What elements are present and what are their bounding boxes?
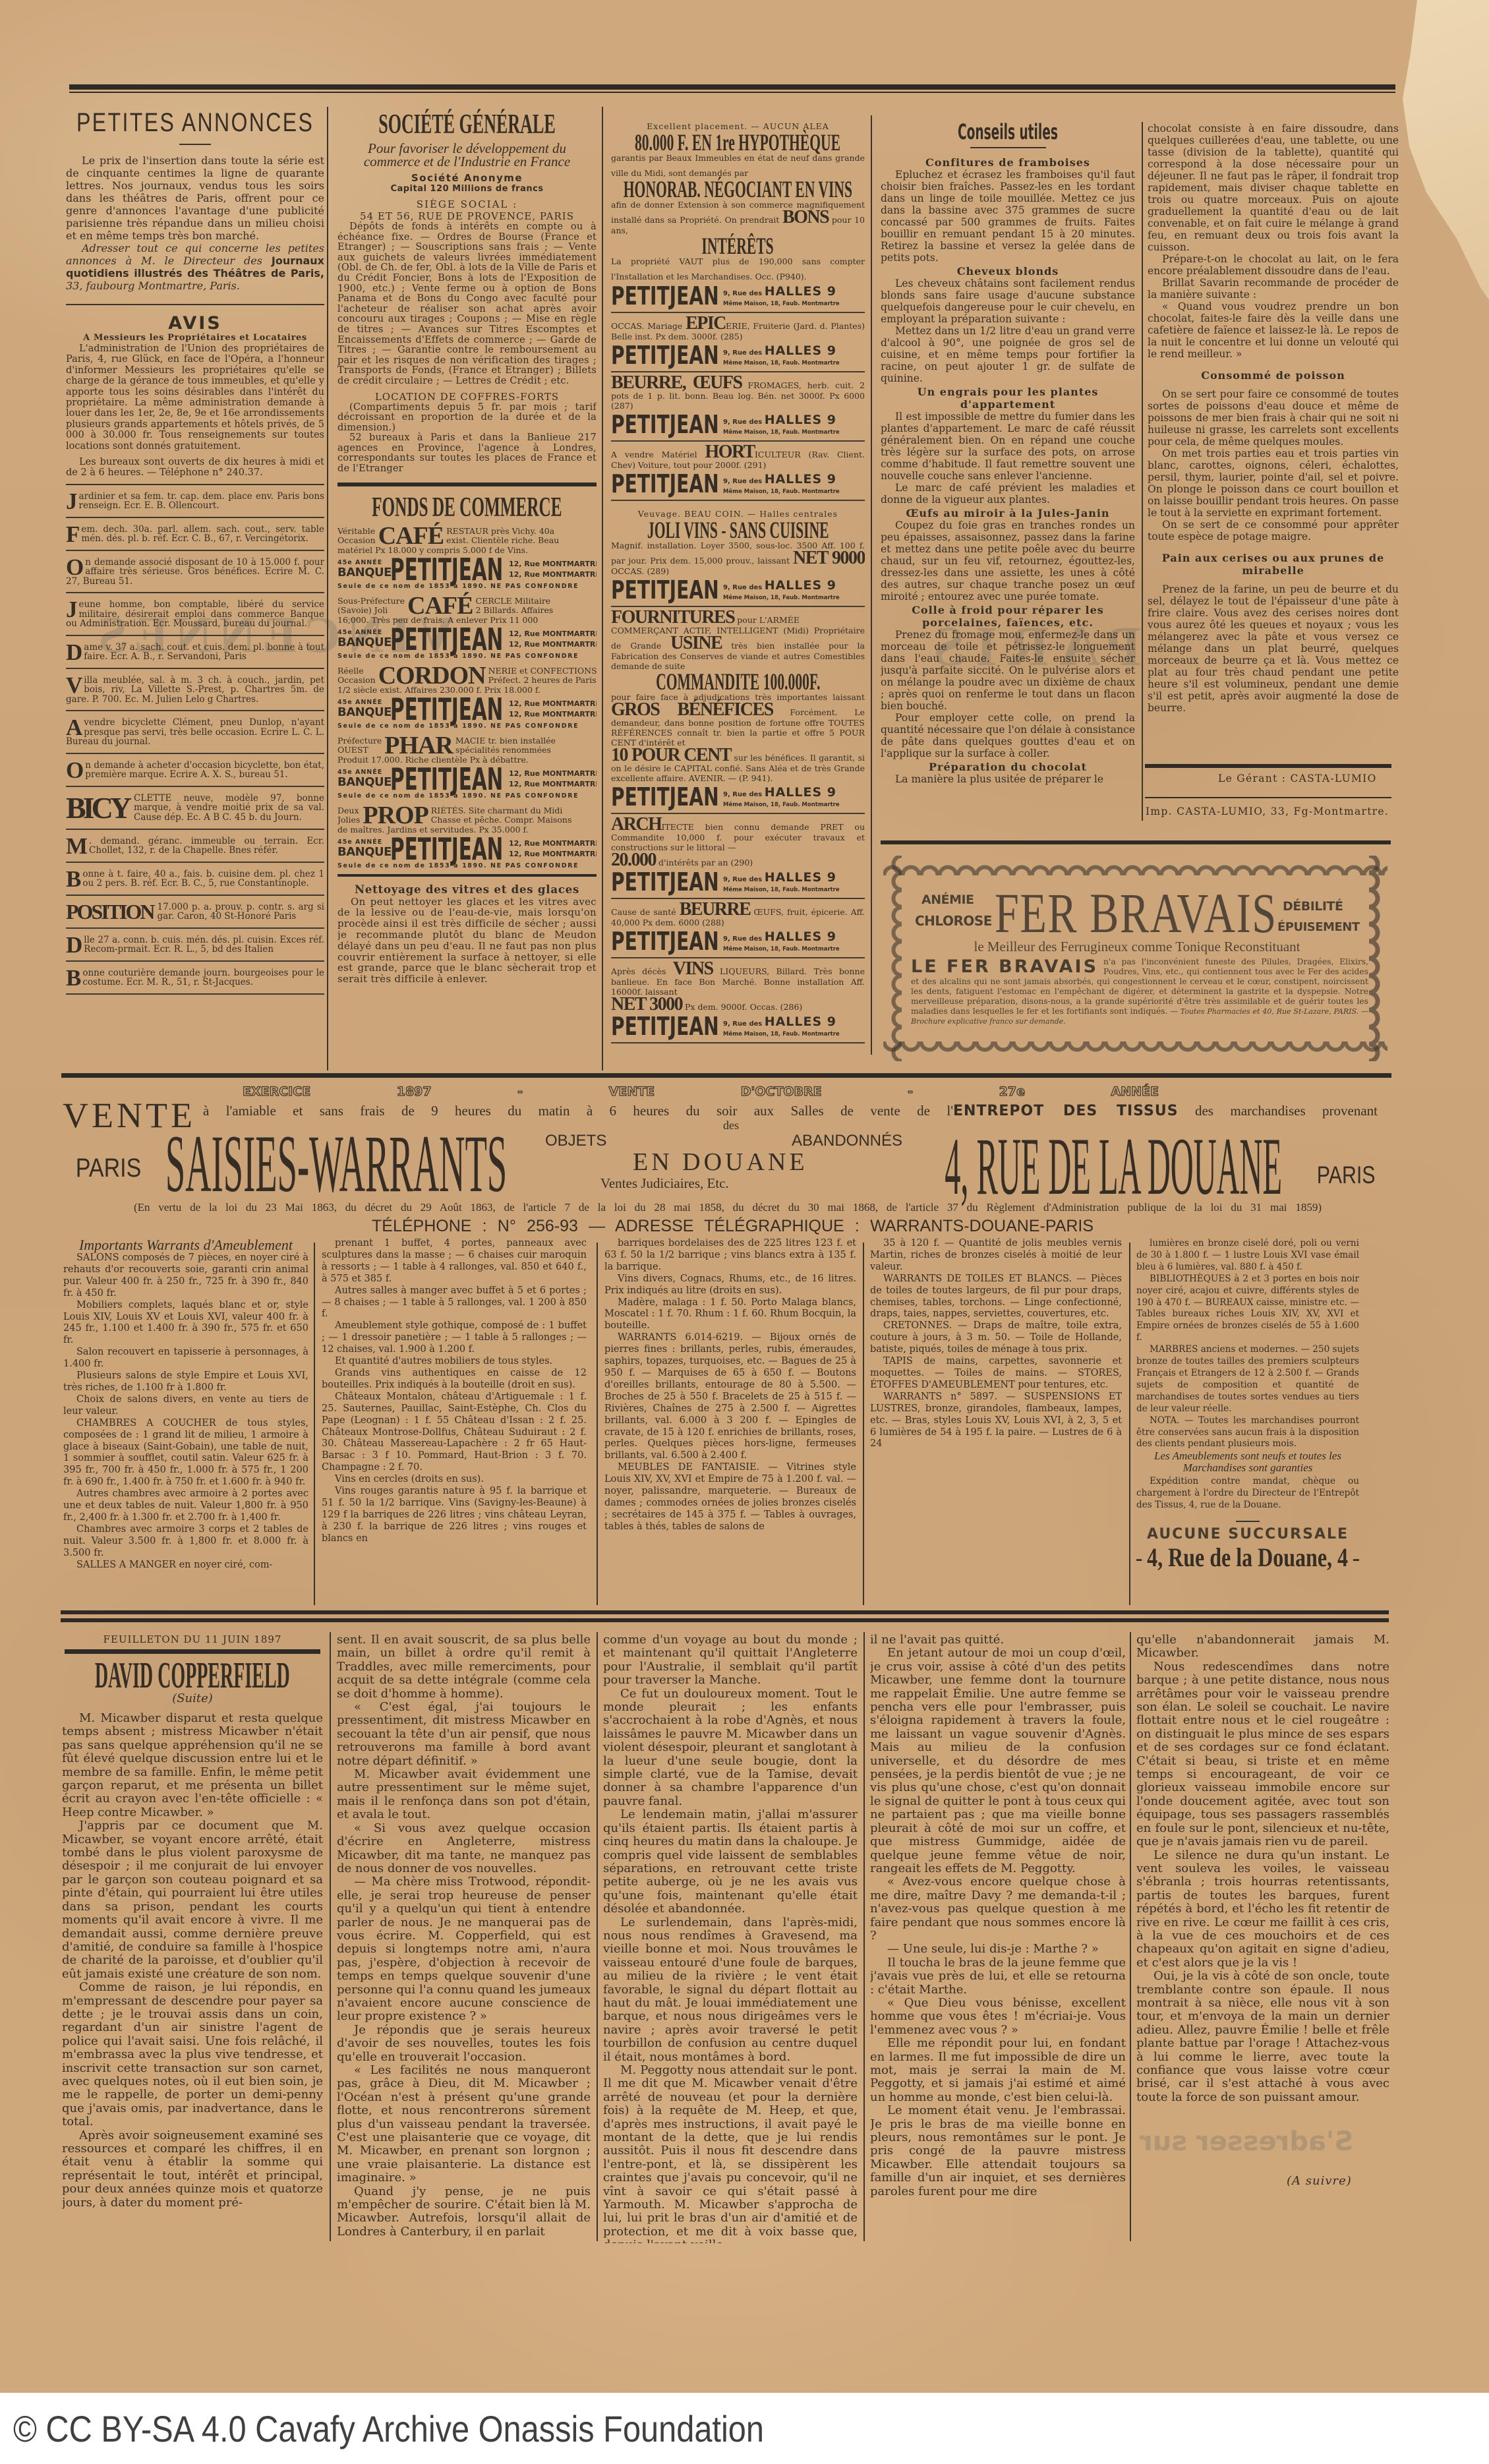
novel-paragraph: Nous redescendîmes dans notre barque ; à…: [1136, 1660, 1389, 1849]
petitjean-bank-banner: 45e ANNÉEBANQUE PETITJEAN 12, Rue MONTMA…: [337, 696, 597, 722]
column-divider: [597, 1243, 598, 1605]
placement-ad: Excellent placement. — AUCUN ALEA 80.000…: [611, 113, 865, 313]
petitjean-halles-banner: PETITJEAN 9, Rue des HALLES 9 Même Maiso…: [611, 284, 865, 308]
classified-ad: Dame v. 37 a. sach. cout. et cuis. dem. …: [66, 636, 324, 669]
ad-keyword: NET 9000: [793, 548, 865, 568]
ad-keyword: HORT: [705, 442, 755, 462]
novel-paragraph: « C'est égal, j'ai toujours le pressenti…: [337, 1701, 591, 1768]
to-be-continued: (A suivre): [1287, 2174, 1352, 2188]
placement-ad: BEURRE, ŒUFS FROMAGES, herb. cuit. 2 pot…: [611, 372, 865, 442]
agency-name: PETITJEAN: [611, 786, 719, 808]
drop-cap: O: [66, 761, 83, 780]
warrant-item: Grands vins authentiques en caisse de 12…: [322, 1368, 587, 1392]
column-divider: [330, 1632, 331, 2241]
novel-paragraph: Quand j'y pense, je ne puis m'empêcher d…: [337, 2185, 591, 2239]
classified-ad: BICYCLETTE neuve, modèle 97, bonne marqu…: [66, 787, 324, 830]
avis-subtitle: A Messieurs les Propriétaires et Locatai…: [66, 333, 324, 343]
tip-heading: Un engrais pour les plantes d'appartemen…: [881, 386, 1135, 411]
classified-ad-text: illa meublée, sal. à m. 3 ch. à couch., …: [66, 675, 324, 705]
classified-ad: Jeune homme, bon comptable, libéré du se…: [66, 593, 324, 636]
column-divider: [863, 1632, 865, 2241]
classified-ad: Fem. dech. 30a. parl. allem. sach. cout.…: [66, 518, 324, 551]
novel-paragraph: J'appris par ce document que M. Micawber…: [62, 1819, 323, 1981]
drop-cap: V: [66, 676, 82, 695]
petitjean-halles-banner: PETITJEAN 9, Rue des HALLES 9 Même Maiso…: [611, 929, 865, 953]
tip-paragraph: Epluchez et écrasez les framboises qu'il…: [881, 169, 1135, 264]
warrant-item: 35 à 120 f. — Quantité de jolis meubles …: [870, 1238, 1122, 1274]
classified-ad: M. demand. géranc. immeuble ou terrain. …: [66, 830, 324, 863]
warrants-column-3: barriques bordelaises des de 225 litres …: [604, 1238, 856, 1608]
novel-paragraph: Elle me répondit pour lui, en fondant en…: [870, 2037, 1126, 2104]
petitjean-halles-banner: PETITJEAN 9, Rue des HALLES 9 Même Maiso…: [611, 413, 865, 436]
archive-credit: © CC BY-SA 4.0 Cavafy Archive Onassis Fo…: [13, 2406, 764, 2452]
tips-list: Confitures de framboises Epluchez et écr…: [881, 156, 1135, 785]
warrant-item: prenant 1 buffet, 4 portes, panneaux ave…: [322, 1238, 587, 1285]
paris-label-right: PARIS: [1305, 1162, 1387, 1188]
guarantee-notice: Les Ameublements sont neufs et toutes le…: [1136, 1450, 1359, 1473]
ailment-label: DÉBILITÉ: [1283, 899, 1343, 914]
recipe-paragraph: Prenez de la farine, un peu de beurre et…: [1148, 583, 1399, 714]
classified-ad-text: onne couturière demande journ. bourgeois…: [82, 968, 324, 988]
petitjean-bank-banner: 45e ANNÉEBANQUE PETITJEAN 12, Rue MONTMA…: [337, 556, 597, 583]
classified-ad-text: onne à t. faire, 40 a., fais. b. cuisine…: [82, 869, 324, 889]
warrant-item: WARRANTS n° 5897. — SUSPENSIONS ET LUSTR…: [870, 1392, 1122, 1451]
placement-ad: Veuvage. BEAU COIN. — Halles centrales J…: [611, 501, 865, 607]
agency-name: PETITJEAN: [390, 836, 503, 862]
fonds-de-commerce-title: FONDS DE COMMERCE: [337, 494, 597, 521]
safe-rental-title: LOCATION DE COFFRES-FORTS: [337, 391, 597, 403]
ad-keyword: GROS BÉNÉFICES: [611, 699, 773, 720]
classified-ad-text: em. dech. 30a. parl. allem. sach. cout.,…: [81, 524, 324, 544]
recipe-paragraph: « Quand vous voudrez prendre un bon choc…: [1148, 301, 1399, 360]
warrant-item: Châteaux Montalon, château d'Artiguemale…: [322, 1392, 587, 1474]
classified-ad-text: eune homme, bon comptable, libéré du ser…: [66, 599, 324, 629]
tip-paragraph: Les cheveux châtains sont facilement ren…: [881, 278, 1135, 325]
warrant-item: Ameublement style gothique, composé de :…: [322, 1320, 587, 1356]
recipe-paragraph: On met trois parties eau et trois partie…: [1148, 448, 1399, 519]
drop-cap: J: [66, 492, 77, 511]
address-notice: Adresser tout ce qui concerne les petite…: [66, 242, 324, 292]
tip-section: Confitures de framboises Epluchez et écr…: [881, 156, 1135, 264]
tip-heading: Colle à froid pour réparer les porcelain…: [881, 604, 1135, 629]
column-divider: [597, 1632, 598, 2241]
recipe-paragraph: chocolat consiste à en faire dissoudre, …: [1148, 123, 1399, 253]
novel-paragraph: M. Micawber avait évidemment une autre p…: [337, 1768, 591, 1822]
ailment-label: ÉPUISEMENT: [1277, 920, 1360, 935]
warrants-column-2: prenant 1 buffet, 4 portes, panneaux ave…: [322, 1238, 587, 1608]
store-address: — 4, Rue de la Douane, 4 —: [1136, 1546, 1359, 1569]
drop-cap: B: [66, 869, 80, 889]
warrant-item: MARBRES anciens et modernes. — 250 sujet…: [1136, 1344, 1359, 1415]
tip-section: Colle à froid pour réparer les porcelain…: [881, 604, 1135, 759]
recipe-paragraph: On se sert de ce consommé pour apprêter …: [1148, 519, 1399, 543]
head-office-address: 54 ET 56, RUE DE PROVENCE, PARIS: [337, 210, 597, 222]
feuilleton-rule: [61, 1618, 1389, 1622]
bank-services: Dépôts de fonds à intérêts en compte ou …: [337, 222, 597, 387]
warrant-item: Autres chambres avec armoire à 2 portes …: [63, 1488, 308, 1524]
ad-top-rule: [881, 840, 1391, 844]
ad-keyword: CAFÉ: [407, 596, 473, 616]
agency-name: PETITJEAN: [611, 344, 719, 367]
recipe-heading: Pain aux cerises ou aux prunes de mirabe…: [1148, 552, 1399, 577]
ad-keyword: FOURNITURES: [611, 607, 734, 628]
masthead-rule-thin: [69, 92, 1395, 93]
petitjean-bank-banner: 45e ANNÉEBANQUE PETITJEAN 12, Rue MONTMA…: [337, 836, 597, 862]
business-ads-list: VéritableOccasion CAFÉ RESTAUR près Vich…: [337, 526, 597, 870]
warrant-item: Vins rouges garantis nature à 95 f. la b…: [322, 1486, 587, 1545]
classified-ad: Villa meublée, sal. à m. 3 ch. à couch.,…: [66, 669, 324, 712]
section-rule: [337, 483, 597, 486]
warrant-item: CHAMBRES A COUCHER de tous styles, compo…: [63, 1418, 308, 1488]
novel-title: DAVID COPPERFIELD: [62, 1659, 323, 1692]
classified-ad: On demande à acheter d'occasion bicyclet…: [66, 754, 324, 787]
tip-paragraph: Mettez dans un 1/2 litre d'eau un grand …: [881, 325, 1135, 384]
warrant-item: WARRANTS 6.014-6219. — Bijoux ornés de p…: [604, 1332, 856, 1462]
ad-keyword: 10 POUR CENT: [611, 745, 731, 765]
head-office-label: SIÈGE SOCIAL :: [337, 198, 597, 210]
ad-keyword: JOLI VINS - SANS CUISINE: [647, 522, 829, 538]
agency-name: PETITJEAN: [611, 473, 719, 495]
warrants-heading: Importants Warrants d'Ameublement: [63, 1238, 308, 1252]
recipe-paragraph: Brillat Savarin recommande de procéder d…: [1148, 277, 1399, 301]
ad-keyword: PROP: [363, 806, 428, 825]
warrant-item: Salon recouvert en tapisserie à personna…: [63, 1347, 308, 1370]
warrant-item: Et quantité d'autres mobiliers de tous s…: [322, 1356, 587, 1368]
paris-label-left: PARIS: [66, 1155, 152, 1181]
business-ad: Sous-Préfecture(Savoie) Joli CAFÉ CERCLE…: [337, 596, 597, 660]
placement-ad: Cause de santé BEURRE ŒUFS, fruit, épice…: [611, 899, 865, 958]
classified-ad-text: lle 27 a. conn. b. cuis. mén. dés. pl. c…: [84, 935, 324, 955]
novel-paragraph: Le lendemain matin, j'allai m'assurer qu…: [603, 1808, 858, 1916]
ad-keyword: COMMANDITE 100.000F.: [656, 674, 820, 689]
tip-section: Œufs au miroir à la Jules-Janin Coupez d…: [881, 507, 1135, 602]
classified-ad-text: ardinier et sa fem. tr. cap. dem. place …: [79, 491, 325, 512]
warrants-column-5: lumières en bronze ciselé doré, poli ou …: [1136, 1238, 1359, 1608]
warrant-item: Plusieurs salons de style Empire et Loui…: [63, 1370, 308, 1394]
warrant-item: NOTA. — Toutes les marchandises pourront…: [1136, 1415, 1359, 1451]
classified-ad: Bonne à t. faire, 40 a., fais. b. cuisin…: [66, 863, 324, 896]
warrants-column-1: Importants Warrants d'Ameublement SALONS…: [63, 1238, 308, 1608]
classified-ad-text: n demande associé disposant de 10 à 15.0…: [66, 557, 324, 587]
warrant-item: Madère, malaga : 1 f. 50. Porto Malaga b…: [604, 1297, 856, 1333]
warrant-item: Vins divers, Cognacs, Rhums, etc., de 16…: [604, 1274, 856, 1297]
fer-bravais-tagline: le Meilleur des Ferrugineux comme Toniqu…: [910, 939, 1364, 954]
agency-name: PETITJEAN: [611, 579, 719, 601]
ad-keyword: BEURRE, ŒUFS: [611, 372, 742, 393]
classified-ad-text: vendre bicyclette Clément, pneu Dunlop, …: [66, 717, 324, 747]
tip-paragraph: Le marc de café prévient les maladies et…: [881, 482, 1135, 506]
novel-paragraph: Ce fut un douloureux moment. Tout le mon…: [603, 1687, 858, 1809]
classified-ad: On demande associé disposant de 10 à 15.…: [66, 551, 324, 594]
column-divider: [314, 1243, 315, 1605]
business-ad: DeuxJolies PROP RIÉTÉS. Site charmant du…: [337, 806, 597, 870]
recipe-section: chocolat consiste à en faire dissoudre, …: [1148, 123, 1399, 360]
sale-terms-line: à l'amiable et sans frais de 9 heures du…: [203, 1103, 1378, 1119]
agency-name: PETITJEAN: [390, 626, 503, 653]
drop-cap: A: [66, 718, 82, 737]
ad-keyword: INTÉRÊTS: [702, 238, 774, 254]
ornamental-border: [883, 856, 1387, 875]
branch-offices: 52 bureaux à Paris et dans la Banlieue 2…: [337, 433, 597, 474]
company-capital: Capital 120 Millions de francs: [337, 184, 597, 194]
placement-ad: Après décès VINS LIQUEURS, Billard. Très…: [611, 958, 865, 1043]
agency-name: PETITJEAN: [611, 930, 719, 953]
warrant-item: Choix de salons divers, en vente au tier…: [63, 1394, 308, 1418]
drop-cap: F: [66, 525, 79, 544]
avis-hours: Les bureaux sont ouverts de dix heures à…: [66, 457, 324, 479]
petitjean-bank-banner: 45e ANNÉEBANQUE PETITJEAN 12, Rue MONTMA…: [337, 766, 597, 792]
column-divider: [1129, 1243, 1130, 1605]
feuilleton-column-5: qu'elle n'abandonnerait jamais M. Micawb…: [1136, 1633, 1389, 2134]
petitjean-halles-banner: PETITJEAN 9, Rue des HALLES 9 Même Maiso…: [611, 343, 865, 367]
petitjean-halles-banner: PETITJEAN 9, Rue des HALLES 9 Même Maiso…: [611, 472, 865, 496]
warrants-column-4: 35 à 120 f. — Quantité de jolis meubles …: [870, 1238, 1122, 1608]
recipes-list: chocolat consiste à en faire dissoudre, …: [1148, 123, 1399, 714]
agency-name: PETITJEAN: [611, 285, 719, 307]
business-ad: VéritableOccasion CAFÉ RESTAUR près Vich…: [337, 526, 597, 591]
classified-ad-text: ame v. 37 a. sach. cout. et cuis. dem. p…: [84, 642, 324, 662]
classified-ad-text: n demande à acheter d'occasion bicyclett…: [85, 760, 324, 780]
manager-imprint: Le Gérant : CASTA-LUMIO: [1218, 773, 1377, 784]
petites-annonces-column: PETITES ANNONCES Le prix de l'insertion …: [66, 105, 324, 1073]
tip-heading: Cheveux blonds: [881, 265, 1135, 278]
safe-rental-text: (Compartiments depuis 5 fr. par mois ; t…: [337, 403, 597, 434]
column-divider: [1130, 1632, 1131, 2241]
drop-cap: O: [66, 558, 83, 577]
ad-keyword: CAFÉ: [378, 526, 444, 546]
tip-heading: Œufs au miroir à la Jules-Janin: [881, 507, 1135, 519]
warrant-item: SALLES A MANGER en noyer ciré, com-: [63, 1560, 308, 1571]
novel-paragraph: Oui, je la vis à côté de son oncle, tout…: [1136, 1970, 1389, 2104]
societe-generale-column: SOCIÉTÉ GÉNÉRALE Pour favoriser le dével…: [337, 109, 597, 1072]
agency-name: PETITJEAN: [390, 696, 503, 722]
novel-paragraph: comme d'un voyage au bout du monde ; et …: [603, 1633, 858, 1687]
drop-cap: POSITION: [66, 902, 153, 922]
ad-keyword: USINE: [670, 633, 722, 653]
feuilleton-column-4: il ne l'avait pas quitté.En jetant autou…: [870, 1633, 1126, 2243]
objets-abandonnes: OBJETS ABANDONNÉS: [545, 1132, 902, 1150]
section-rule: [61, 1610, 1389, 1614]
tip-paragraph: Coupez du foie gras en tranches rondes u…: [881, 519, 1135, 602]
printer-imprint: Imp. CASTA-LUMIO, 33, Fg-Montmartre.: [1146, 806, 1389, 817]
drop-cap: D: [66, 643, 82, 662]
warrant-item: CRETONNES. — Draps de maître, toile extr…: [870, 1320, 1122, 1356]
classified-ad: Dlle 27 a. conn. b. cuis. mén. dés. pl. …: [66, 929, 324, 962]
column-divider: [327, 107, 328, 1071]
placements-column: Excellent placement. — AUCUN ALEA 80.000…: [611, 113, 865, 1074]
warrant-item: BIBLIOTHÈQUES à 2 et 3 portes en bois no…: [1136, 1274, 1359, 1344]
avis-title: AVIS: [66, 314, 324, 333]
classified-ad: POSITION 17.000 p. a. prouv. p. contr. s…: [66, 896, 324, 929]
novel-paragraph: Je répondis que je serais heureux d'avoi…: [337, 2024, 591, 2064]
feuilleton-column-3: comme d'un voyage au bout du monde ; et …: [603, 1633, 858, 2243]
tip-paragraph: Pour employer cette colle, on prend la q…: [881, 712, 1135, 759]
tip-section: Préparation du chocolat La manière la pl…: [881, 761, 1135, 785]
novel-paragraph: Comme de raison, je lui répondis, en m'e…: [62, 1981, 323, 2128]
petites-annonces-title: PETITES ANNONCES: [66, 108, 324, 137]
petitjean-bank-banner: 45e ANNÉEBANQUE PETITJEAN 12, Rue MONTMA…: [337, 626, 597, 653]
petitjean-halles-banner: PETITJEAN 9, Rue des HALLES 9 Même Maiso…: [611, 870, 865, 894]
warrant-item: WARRANTS DE TOILES ET BLANCS. — Pièces d…: [870, 1274, 1122, 1321]
column-divider: [1142, 122, 1143, 821]
ornamental-border: [883, 856, 902, 1061]
legal-basis-line: (En vertu de la loi du 23 Mai 1863, du d…: [134, 1202, 1322, 1214]
business-ad: PréfectureOUEST PHAR MACIE tr. bien inst…: [337, 736, 597, 800]
ailment-label: ANÉMIE: [921, 893, 974, 907]
no-branch-notice: AUCUNE SUCCURSALE: [1136, 1526, 1359, 1543]
ailment-label: CHLOROSE: [915, 914, 992, 928]
ornamental-border: [1369, 856, 1387, 1061]
placement-ads-list: Excellent placement. — AUCUN ALEA 80.000…: [611, 113, 865, 1043]
tip-section: Un engrais pour les plantes d'appartemen…: [881, 386, 1135, 506]
placement-ad: A vendre Matériel HORTICULTEUR (Rav. Cli…: [611, 442, 865, 501]
tip-paragraph: Il est impossible de mettre du fumier da…: [881, 411, 1135, 482]
novel-paragraph: M. Micawber disparut et resta quelque te…: [62, 1712, 323, 1819]
imprint-rule-thin: [1145, 797, 1391, 798]
ad-keyword: BEURRE: [680, 899, 751, 920]
agency-name: PETITJEAN: [611, 413, 719, 436]
novel-paragraph: « Si vous avez quelque occasion d'écrire…: [337, 1822, 591, 1876]
nettoyage-title: Nettoyage des vitres et des glaces: [337, 883, 597, 896]
novel-paragraph: Le silence ne dura qu'un instant. Le ven…: [1136, 1849, 1389, 1970]
warrant-item: Mobiliers complets, laqués blanc et or, …: [63, 1300, 308, 1347]
novel-paragraph: Après avoir soigneusement examiné ses re…: [62, 2129, 323, 2210]
novel-paragraph: M. Peggotty nous attendait sur le pont. …: [603, 2064, 858, 2243]
recipe-paragraph: On se sert pour faire ce consommé de tou…: [1148, 388, 1399, 448]
recipe-section: Pain aux cerises ou aux prunes de mirabe…: [1148, 552, 1399, 714]
drop-cap: J: [66, 600, 77, 619]
business-ad: RéelleOccasion CORDON NERIE et CONFECTIO…: [337, 666, 597, 730]
recipe-paragraph: Prépare-t-on le chocolat au lait, on le …: [1148, 253, 1399, 277]
section-rule: [61, 1073, 1391, 1078]
avis-text: L'administration de l'Union des propriét…: [66, 343, 324, 452]
conseils-utiles-title: Conseils utiles: [881, 121, 1135, 143]
feuilleton-column-1: FEUILLETON DU 11 JUIN 1897 DAVID COPPERF…: [62, 1633, 323, 2243]
warrant-item: Vins en cercles (droits en sus).: [322, 1474, 587, 1486]
classified-ad: Jardinier et sa fem. tr. cap. dem. place…: [66, 485, 324, 518]
section-rule: [337, 874, 597, 877]
feuilleton-column-2: sent. Il en avait souscrit, de sa plus b…: [337, 1633, 591, 2243]
drop-cap: B: [66, 968, 80, 987]
classified-ad: Bonne couturière demande journ. bourgeoi…: [66, 962, 324, 995]
title-underline: [179, 144, 211, 145]
ad-keyword: CORDON: [378, 666, 486, 686]
fer-bravais-body: LE FER BRAVAISn'a pas l'inconvénient fun…: [911, 957, 1368, 1026]
novel-paragraph: « Les facilités ne nous manqueront pas, …: [337, 2064, 591, 2185]
masthead-rule: [69, 84, 1395, 90]
column-divider: [863, 1243, 864, 1605]
warrant-item: Autres salles à manger avec buffet à 5 e…: [322, 1285, 587, 1321]
ad-keyword: PHAR: [384, 736, 453, 755]
placement-ad: ARCHITECTE bien connu demande PRET ou Co…: [611, 814, 865, 899]
novel-paragraph: qu'elle n'abandonnerait jamais M. Micawb…: [1136, 1633, 1389, 1660]
classified-ad: A vendre bicyclette Clément, pneu Dunlop…: [66, 711, 324, 754]
agency-name: PETITJEAN: [611, 1015, 719, 1038]
warrant-item: Chambres avec armoire 3 corps et 2 table…: [63, 1524, 308, 1560]
title-rule: [65, 1649, 320, 1654]
fer-bravais-lead: LE FER BRAVAIS: [911, 957, 1098, 977]
classified-ads-list: Jardinier et sa fem. tr. cap. dem. place…: [66, 485, 324, 995]
novel-paragraph: — Une seule, lui dis-je : Marthe ? »: [870, 1943, 1126, 1956]
warrant-item: TAPIS de mains, carpettes, savonnerie et…: [870, 1356, 1122, 1392]
ornamental-border: [883, 1041, 1387, 1061]
nettoyage-text: On peut nettoyer les glaces et les vitre…: [337, 896, 597, 985]
tip-section: Cheveux blonds Les cheveux châtains sont…: [881, 265, 1135, 384]
drop-cap: M: [66, 836, 87, 856]
warrant-item: SALONS composés de 7 pièces, en noyer ci…: [63, 1252, 308, 1300]
warrant-item: barriques bordelaises des de 225 litres …: [604, 1238, 856, 1274]
classified-ad-text: 17.000 p. a. prouv. p. contr. s. arg si …: [157, 902, 324, 922]
ventes-judiciaires-label: Ventes Judiciaires, Etc.: [600, 1176, 729, 1190]
novel-paragraph: En jetant autour de moi un coup d'œil, j…: [870, 1647, 1126, 1875]
novel-paragraph: — Ma chère miss Trotwood, répondit-elle,…: [337, 1875, 591, 2023]
novel-paragraph: « Que Dieu vous bénisse, excellent homme…: [870, 1997, 1126, 2037]
novel-paragraph: Il toucha le bras de la jeune femme que …: [870, 1956, 1126, 1997]
societe-generale-title: SOCIÉTÉ GÉNÉRALE: [337, 111, 597, 138]
recipe-section: Consommé de poisson On se sert pour fair…: [1148, 369, 1399, 543]
placement-ad: FOURNITURES pour L'ARMÉE COMMERÇANT ACTI…: [611, 607, 865, 814]
warrant-item: MEUBLES DE FANTAISIE. — Vitrines style L…: [604, 1462, 856, 1533]
expedition-notice: Expédition contre mandat, chèque ou char…: [1136, 1476, 1359, 1511]
company-form: Société Anonyme: [337, 172, 597, 184]
tip-heading: Confitures de framboises: [881, 156, 1135, 169]
tip-heading: Préparation du chocolat: [881, 761, 1135, 773]
recipes-column: chocolat consiste à en faire dissoudre, …: [1148, 123, 1399, 759]
exercise-heading: EXERCICE 1897 - VENTE D'OCTOBRE - 27e AN…: [243, 1084, 1159, 1099]
drop-cap: BICY: [66, 794, 129, 823]
novel-paragraph: Le moment était venu. Je l'embrassai. Je…: [870, 2104, 1126, 2198]
ad-keyword: 80.000 F. EN 1re HYPOTHÈQUE: [635, 134, 840, 150]
petitjean-halles-banner: PETITJEAN 9, Rue des HALLES 9 Même Maiso…: [611, 1014, 865, 1038]
drop-cap: D: [66, 935, 82, 954]
placement-ad: OCCAS. Mariage EPICERIE, Fruiterie (Jard…: [611, 313, 865, 372]
ad-keyword: VINS: [673, 958, 713, 979]
feuilleton-dateline: FEUILLETON DU 11 JUIN 1897: [62, 1633, 323, 1645]
petitjean-halles-banner: PETITJEAN 9, Rue des HALLES 9 Même Maiso…: [611, 578, 865, 602]
agency-name: PETITJEAN: [611, 871, 719, 893]
en-douane-label: EN DOUANE: [633, 1149, 808, 1175]
title-underline: [970, 147, 1046, 148]
imprint-rule: [1145, 764, 1391, 768]
novel-paragraph: « Avez-vous encore quelque chose à me di…: [870, 1875, 1126, 1943]
saisies-warrants-title: SAISIES-WARRANTS: [161, 1131, 511, 1197]
column-divider: [602, 107, 603, 1071]
warrant-item: lumières en bronze ciselé doré, poli ou …: [1136, 1238, 1359, 1274]
conseils-utiles-column: Conseils utiles Confitures de framboises…: [881, 121, 1135, 821]
recipe-heading: Consommé de poisson: [1148, 369, 1399, 382]
telephone-line: TÉLÉPHONE : N° 256-93 — ADRESSE TÉLÉGRAP…: [372, 1217, 1094, 1235]
societe-generale-subtitle: Pour favoriser le développement du comme…: [337, 142, 597, 168]
insertion-price-notice: Le prix de l'insertion dans toute la sér…: [66, 154, 324, 242]
novel-paragraph: sent. Il en avait souscrit, de sa plus b…: [337, 1633, 591, 1701]
novel-paragraph: Le surlendemain, dans l'après-midi, nous…: [603, 1916, 858, 2064]
des-label: des: [723, 1118, 739, 1132]
classified-ad-text: . demand. géranc. immeuble ou terrain. E…: [89, 836, 324, 856]
classified-ad-text: CLETTE neuve, modèle 97, bonne marque, à…: [134, 793, 324, 823]
short-rule: [1236, 1521, 1260, 1522]
tip-paragraph: Prenez du fromage mou, enfermez-le dans …: [881, 629, 1135, 712]
ad-keyword: EPIC: [686, 313, 726, 334]
section-rule: [66, 304, 324, 305]
novel-paragraph: il ne l'avait pas quitté.: [870, 1633, 1126, 1647]
ad-keyword: HONORAB. NÉGOCIANT EN VINS: [624, 181, 852, 197]
ad-keyword: BONS: [782, 207, 829, 227]
agency-name: PETITJEAN: [390, 766, 503, 792]
address-title: 4, RUE DE LA DOUANE: [937, 1134, 1289, 1200]
ad-keyword: ARCH: [611, 814, 661, 835]
fer-bravais-advertisement: ANÉMIE CHLOROSE FER BRAVAIS DÉBILITÉ ÉPU…: [883, 856, 1387, 1061]
tip-paragraph: La manière la plus usitée de préparer le: [881, 773, 1135, 785]
